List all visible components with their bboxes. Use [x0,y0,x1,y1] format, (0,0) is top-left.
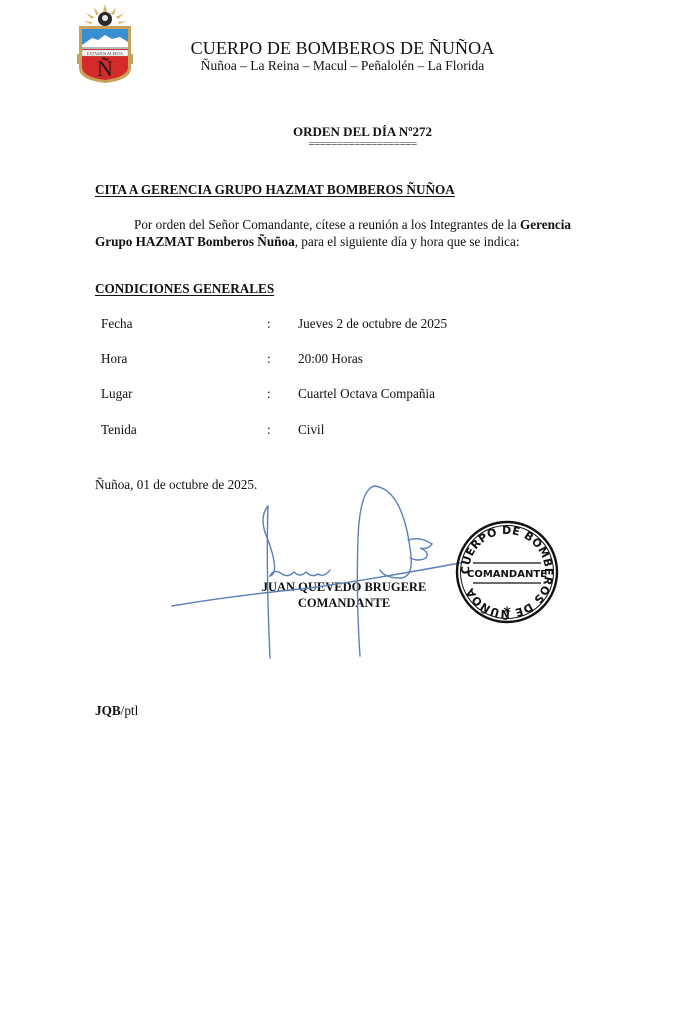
condition-row-lugar: Lugar : Cuartel Octava Compañia [101,386,551,404]
organization-communes: Ñuñoa – La Reina – Macul – Peñalolén – L… [140,58,545,74]
summons-paragraph: Por orden del Señor Comandante, cítese a… [95,216,595,250]
condition-value: Jueves 2 de octubre de 2025 [298,316,447,332]
condition-value: 20:00 Horas [298,351,363,367]
section-heading-conditions: CONDICIONES GENERALES [95,281,274,297]
condition-label: Hora [101,351,127,367]
svg-text:COMANDANTE: COMANDANTE [467,569,547,580]
paragraph-text: Por orden del Señor Comandante, cítese a… [134,217,520,232]
place-and-date: Ñuñoa, 01 de octubre de 2025. [95,477,257,493]
organization-name: CUERPO DE BOMBEROS DE ÑUÑOA [140,38,545,59]
condition-label: Lugar [101,386,133,402]
paragraph-text-end: , para el siguiente día y hora que se in… [295,234,520,249]
signer-role: COMANDANTE [230,596,458,611]
condition-row-hora: Hora : 20:00 Horas [101,351,551,369]
condition-label: Fecha [101,316,133,332]
svg-text:Ñ: Ñ [97,56,113,81]
typist-initials: JQB/ptl [95,703,138,719]
firefighters-shield-crest-icon: ESTAMOS ALERTA Ñ [74,2,136,84]
initials-typist: /ptl [121,703,139,718]
condition-separator: : [267,351,271,367]
section-heading-meeting: CITA A GERENCIA GRUPO HAZMAT BOMBEROS ÑU… [95,182,455,198]
svg-text:*: * [503,605,511,621]
initials-author: JQB [95,703,121,718]
condition-separator: : [267,422,271,438]
condition-label: Tenida [101,422,137,438]
handwritten-signature-icon [170,478,470,663]
order-title-rule: =================== [240,139,485,149]
condition-separator: : [267,316,271,332]
condition-row-fecha: Fecha : Jueves 2 de octubre de 2025 [101,316,551,334]
condition-separator: : [267,386,271,402]
signer-name: JUAN QUEVEDO BRUGERE [230,580,458,595]
official-round-stamp-icon: CUERPO DE BOMBEROS DE ÑUÑOA COMANDANTE * [454,519,560,625]
condition-row-tenida: Tenida : Civil [101,422,551,440]
order-title: ORDEN DEL DÍA Nº272 [240,124,485,140]
condition-value: Civil [298,422,324,438]
condition-value: Cuartel Octava Compañia [298,386,435,402]
